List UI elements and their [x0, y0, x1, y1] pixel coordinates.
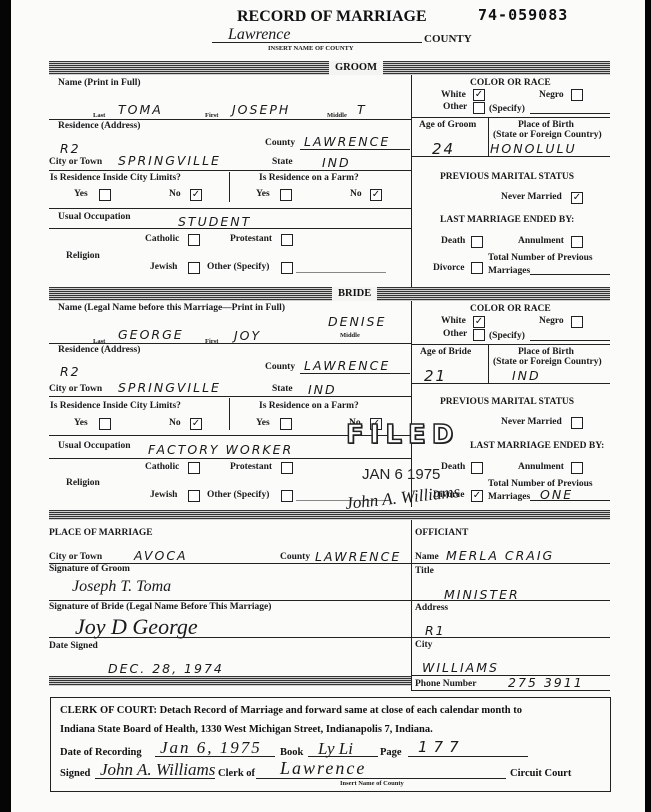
place-county: LAWRENCE [315, 549, 401, 564]
groom-jewish-checkbox[interactable] [188, 262, 200, 274]
officiant-phone: 275 3911 [508, 675, 584, 690]
groom-protestant-checkbox[interactable] [281, 234, 293, 246]
rule [411, 383, 610, 384]
groom-residence: R2 [60, 141, 81, 156]
officiant-city-label: City [415, 640, 432, 650]
clerk-of-label: Clerk of [218, 768, 255, 779]
groom-city: SPRINGVILLE [118, 153, 221, 168]
bride-protestant-checkbox[interactable] [281, 462, 293, 474]
groom-death-checkbox[interactable] [471, 236, 483, 248]
rule [488, 118, 489, 156]
groom-religion-label: Religion [66, 251, 100, 261]
county-label: COUNTY [424, 33, 472, 45]
bride-city-limits-label: Is Residence Inside City Limits? [50, 401, 181, 411]
bride-catholic-checkbox[interactable] [188, 462, 200, 474]
groom-divorce-checkbox[interactable] [471, 262, 483, 274]
groom-jewish-label: Jewish [150, 262, 177, 272]
bride-middle-name: DENISE [328, 314, 386, 329]
groom-city-limits-yes-checkbox[interactable] [99, 189, 111, 201]
groom-section-title: GROOM [329, 61, 383, 75]
bride-residence-label: Residence (Address) [58, 345, 140, 355]
bride-never-married-label: Never Married [501, 417, 562, 427]
bride-jewish-checkbox[interactable] [188, 490, 200, 502]
rule [308, 756, 378, 757]
groom-other-religion-checkbox[interactable] [281, 262, 293, 274]
groom-birthplace: HONOLULU [490, 141, 577, 156]
rule [411, 117, 610, 118]
groom-negro-label: Negro [539, 90, 564, 100]
county-caption: INSERT NAME OF COUNTY [268, 45, 354, 52]
groom-city-limits-yes-label: Yes [74, 189, 88, 199]
clerk-signature: John A. Williams [100, 760, 215, 780]
clerk-instruction-line2: Indiana State Board of Health, 1330 West… [60, 724, 433, 735]
bride-negro-checkbox[interactable] [571, 316, 583, 328]
groom-band: GROOM [49, 61, 610, 75]
bride-city-limits-yes-label: Yes [74, 418, 88, 428]
date-signed: DEC. 28, 1974 [108, 661, 224, 676]
bride-residence: R2 [60, 364, 81, 379]
bride-age-label: Age of Bride [420, 347, 471, 357]
bride-marital-title: PREVIOUS MARITAL STATUS [440, 397, 574, 407]
rule [411, 344, 610, 345]
bride-white-label: White [441, 316, 466, 326]
bride-last-ended-title: LAST MARRIAGE ENDED BY: [470, 441, 604, 451]
filed-stamp-date: JAN 6 1975 [362, 466, 440, 483]
officiant-phone-label: Phone Number [415, 679, 477, 689]
rule [49, 396, 411, 397]
county-line [212, 42, 422, 43]
groom-farm-yes-checkbox[interactable] [280, 189, 292, 201]
groom-death-label: Death [441, 236, 465, 246]
rule [49, 208, 411, 209]
rule [411, 637, 610, 638]
bottom-band [49, 676, 411, 686]
groom-birthplace-sub: (State or Foreign Country) [493, 130, 602, 140]
rule [49, 600, 411, 601]
bride-marriages-label: Marriages [488, 492, 530, 502]
bride-jewish-label: Jewish [150, 490, 177, 500]
groom-never-married-checkbox[interactable]: ✓ [571, 192, 583, 204]
groom-age-label: Age of Groom [419, 120, 476, 130]
rule [155, 756, 275, 757]
clerk-county: Lawrence [280, 758, 366, 779]
groom-state: IND [322, 155, 351, 170]
groom-race-title: COLOR OR RACE [470, 78, 551, 88]
groom-white-label: White [441, 90, 466, 100]
groom-city-label: City or Town [49, 157, 102, 167]
groom-birthplace-label: Place of Birth [518, 120, 574, 130]
rule [530, 340, 610, 341]
document-title: RECORD OF MARRIAGE [237, 8, 427, 26]
groom-catholic-label: Catholic [145, 234, 179, 244]
bride-first-name: JOY [234, 328, 261, 343]
place-band [49, 510, 610, 520]
recording-date-label: Date of Recording [60, 747, 142, 758]
groom-protestant-label: Protestant [230, 234, 272, 244]
rule [411, 600, 610, 601]
date-signed-label: Date Signed [49, 641, 98, 651]
rule [49, 637, 411, 638]
groom-city-limits-label: Is Residence Inside City Limits? [50, 173, 181, 183]
rule [229, 172, 230, 202]
signed-label: Signed [60, 768, 90, 779]
bride-county-label: County [265, 362, 295, 372]
groom-other-race-checkbox[interactable] [473, 102, 485, 114]
officiant-address: R1 [425, 623, 446, 638]
groom-middle-name: T [357, 102, 367, 117]
bride-occupation-label: Usual Occupation [58, 441, 131, 451]
groom-column-divider [411, 75, 412, 287]
bride-annulment-checkbox[interactable] [571, 462, 583, 474]
bride-farm-yes-checkbox[interactable] [280, 418, 292, 430]
bride-city-label: City or Town [49, 384, 102, 394]
groom-signature-label: Signature of Groom [49, 564, 130, 574]
bride-catholic-label: Catholic [145, 462, 179, 472]
groom-white-checkbox[interactable]: ✓ [473, 89, 485, 101]
place-column-divider [411, 520, 412, 690]
groom-signature: Joseph T. Toma [72, 578, 171, 596]
groom-farm-no-checkbox[interactable]: ✓ [370, 189, 382, 201]
bride-last-name: GEORGE [118, 327, 184, 342]
bride-city-limits-no-label: No [169, 418, 181, 428]
place-title: PLACE OF MARRIAGE [49, 528, 153, 538]
bride-band: BRIDE [49, 287, 610, 301]
bride-city-limits-yes-checkbox[interactable] [99, 418, 111, 430]
bride-other-race-checkbox[interactable] [473, 329, 485, 341]
book-label: Book [280, 747, 303, 758]
rule [49, 343, 411, 344]
clerk-instruction-line1: CLERK OF COURT: Detach Record of Marriag… [60, 705, 522, 716]
bride-death-label: Death [441, 462, 465, 472]
bride-farm-label: Is Residence on a Farm? [259, 401, 359, 411]
bride-race-title: COLOR OR RACE [470, 304, 551, 314]
groom-farm-yes-label: Yes [256, 189, 270, 199]
groom-county: LAWRENCE [304, 134, 390, 149]
officiant-address-label: Address [415, 603, 448, 613]
groom-last-label: Last [93, 112, 105, 119]
rule [300, 149, 410, 150]
groom-other-race-label: Other [443, 102, 467, 112]
bride-city-limits-no-checkbox[interactable]: ✓ [190, 418, 202, 430]
groom-last-name: TOMA [118, 102, 163, 117]
bride-state-label: State [272, 384, 293, 394]
rule [95, 778, 215, 779]
rule [296, 272, 386, 273]
groom-city-limits-no-label: No [169, 189, 181, 199]
rule [49, 228, 411, 229]
place-city-label: City or Town [49, 552, 102, 562]
page-value: 177 [418, 738, 465, 756]
groom-total-prev-label: Total Number of Previous [488, 253, 593, 263]
bride-state: IND [308, 382, 337, 397]
bride-middle-label: Middle [340, 332, 360, 339]
bride-farm-yes-label: Yes [256, 418, 270, 428]
groom-specify-label: (Specify) [489, 104, 525, 114]
groom-negro-checkbox[interactable] [571, 89, 583, 101]
rule [530, 274, 610, 275]
groom-occupation: STUDENT [178, 214, 251, 229]
groom-annulment-label: Annulment [518, 236, 564, 246]
groom-occupation-label: Usual Occupation [58, 212, 131, 222]
bride-birthplace-sub: (State or Foreign Country) [493, 357, 602, 367]
bride-county: LAWRENCE [304, 358, 390, 373]
bride-annulment-label: Annulment [518, 462, 564, 472]
groom-annulment-checkbox[interactable] [571, 236, 583, 248]
officiant-name-label: Name [415, 552, 439, 562]
bride-negro-label: Negro [539, 316, 564, 326]
bride-birthplace: IND [512, 368, 541, 383]
bride-death-checkbox[interactable] [471, 462, 483, 474]
groom-county-label: County [265, 138, 295, 148]
officiant-title: OFFICIANT [415, 528, 468, 538]
rule [49, 170, 411, 171]
groom-never-married-label: Never Married [501, 192, 562, 202]
groom-state-label: State [272, 157, 293, 167]
bride-city: SPRINGVILLE [118, 380, 221, 395]
officiant-city: WILLIAMS [422, 660, 499, 675]
circuit-court-label: Circuit Court [510, 768, 571, 779]
place-city: AVOCA [134, 548, 188, 563]
page-label: Page [380, 747, 402, 758]
bride-section-title: BRIDE [332, 287, 377, 301]
rule [411, 690, 610, 691]
groom-middle-label: Middle [327, 112, 347, 119]
rule [256, 778, 506, 779]
groom-first-name: JOSEPH [232, 102, 290, 117]
scan-edge-right [645, 0, 651, 812]
certificate-number: 74-059083 [478, 6, 568, 24]
bride-name-label: Name (Legal Name before this Marriage—Pr… [58, 303, 285, 313]
groom-last-ended-title: LAST MARRIAGE ENDED BY: [440, 215, 574, 225]
rule [530, 113, 610, 114]
rule [229, 398, 230, 430]
officiant-name: MERLA CRAIG [446, 548, 554, 563]
rule [49, 119, 411, 120]
filed-stamp: FILED [346, 420, 459, 450]
rule [408, 756, 528, 757]
groom-name-label: Name (Print in Full) [58, 78, 141, 88]
rule [530, 500, 610, 501]
groom-residence-label: Residence (Address) [58, 121, 140, 131]
groom-other-religion-label: Other (Specify) [207, 262, 269, 272]
groom-first-label: First [205, 112, 218, 119]
rule [300, 373, 410, 374]
bride-occupation: FACTORY WORKER [148, 442, 293, 457]
bride-other-race-label: Other [443, 329, 467, 339]
bride-white-checkbox[interactable]: ✓ [473, 316, 485, 328]
clerk-county-caption: Insert Name of County [340, 780, 404, 787]
groom-marital-title: PREVIOUS MARITAL STATUS [440, 172, 574, 182]
scan-edge-left [0, 0, 11, 812]
bride-divorce-label: Divorce [433, 490, 464, 500]
rule [411, 563, 610, 564]
bride-other-religion-checkbox[interactable] [281, 490, 293, 502]
rule [411, 156, 610, 157]
bride-religion-label: Religion [66, 478, 100, 488]
bride-signature-label: Signature of Bride (Legal Name Before Th… [49, 602, 271, 612]
rule [488, 345, 489, 383]
place-county-label: County [280, 552, 310, 562]
bride-never-married-checkbox[interactable] [571, 417, 583, 429]
bride-specify-label: (Specify) [489, 331, 525, 341]
groom-divorce-label: Divorce [433, 263, 464, 273]
rule [49, 458, 411, 459]
bride-divorce-checkbox[interactable]: ✓ [471, 490, 483, 502]
officiant-title-label: Title [415, 566, 434, 576]
groom-city-limits-no-checkbox[interactable]: ✓ [190, 189, 202, 201]
recording-date: Jan 6, 1975 [160, 738, 262, 758]
groom-farm-label: Is Residence on a Farm? [259, 173, 359, 183]
groom-catholic-checkbox[interactable] [188, 234, 200, 246]
groom-farm-no-label: No [350, 189, 362, 199]
bride-other-religion-label: Other (Specify) [207, 490, 269, 500]
bride-birthplace-label: Place of Birth [518, 347, 574, 357]
bride-protestant-label: Protestant [230, 462, 272, 472]
groom-marriages-label: Marriages [488, 266, 530, 276]
